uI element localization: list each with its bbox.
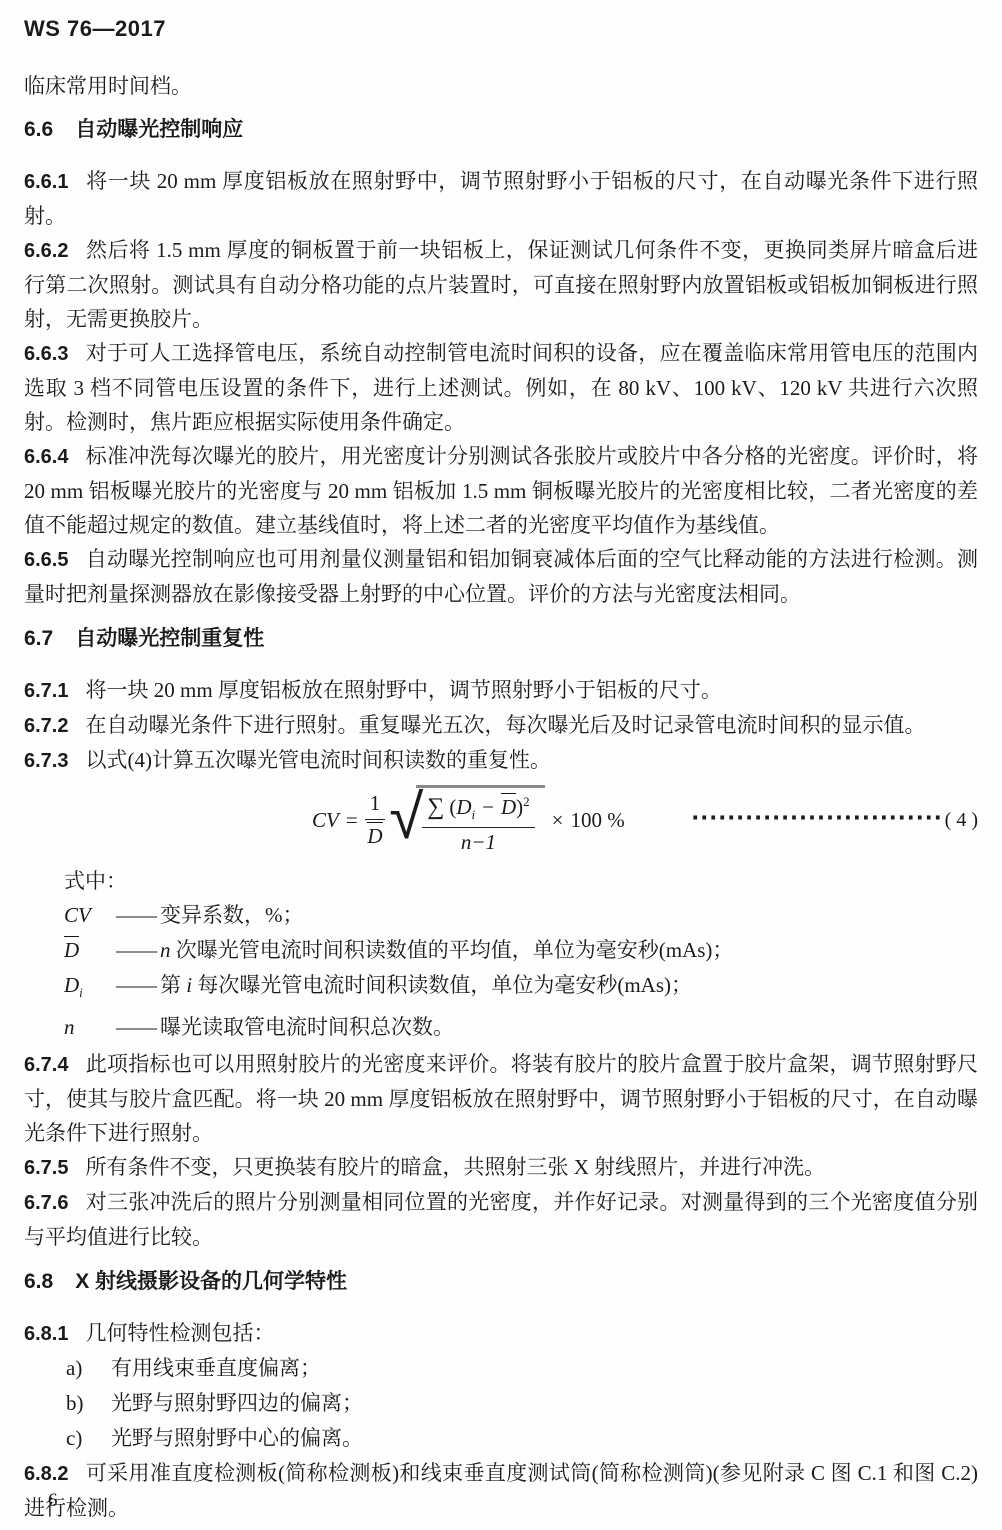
list-marker: b)	[66, 1386, 111, 1421]
heading-title: X 射线摄影设备的几何学特性	[75, 1270, 347, 1293]
square-root: √ ∑(Di−D)2 n−1	[389, 785, 544, 854]
clause-number: 6.6.4	[24, 446, 68, 468]
clause-text: 以式(4)计算五次曝光管电流时间积读数的重复性。	[85, 748, 551, 772]
list-item-text: 有用线束垂直度偏离；	[111, 1351, 321, 1386]
definition-dash: ——	[116, 933, 156, 968]
clause-text: 所有条件不变，只更换装有胶片的暗盒，共照射三张 X 射线照片，并进行冲洗。	[85, 1155, 825, 1179]
clause-text: 可采用准直度检测板(简称检测板)和线束垂直度测试筒(简称检测筒)(参见附录 C …	[24, 1461, 978, 1520]
standard-code-header: WS 76—2017	[24, 16, 978, 42]
clause-number: 6.6.5	[24, 549, 68, 571]
clause-6-8-2: 6.8.2可采用准直度检测板(简称检测板)和线束垂直度测试筒(简称检测筒)(参见…	[24, 1456, 978, 1525]
clause-text: 标准冲洗每次曝光的胶片，用光密度计分别测试各张胶片或胶片中各分格的光密度。评价时…	[24, 444, 978, 537]
clause-6-6-2: 6.6.2然后将 1.5 mm 厚度的铜板置于前一块铝板上，保证测试几何条件不变…	[24, 233, 978, 336]
clause-number: 6.6.2	[24, 240, 68, 262]
symbol-dbar: D	[64, 933, 116, 968]
list-marker: a)	[66, 1351, 111, 1386]
clause-number: 6.7.4	[24, 1054, 68, 1076]
clause-6-7-3: 6.7.3以式(4)计算五次曝光管电流时间积读数的重复性。	[24, 743, 978, 778]
clause-number: 6.8.1	[24, 1323, 68, 1345]
equation-leader: ···························· ( 4 )	[691, 809, 978, 832]
heading-6-6: 6.6自动曝光控制响应	[24, 115, 978, 145]
inner-denominator: n−1	[461, 828, 496, 855]
clause-6-6-3: 6.6.3对于可人工选择管电压，系统自动控制管电流时间积的设备，应在覆盖临床常用…	[24, 336, 978, 439]
inner-numerator: ∑(Di−D)2	[422, 793, 534, 827]
heading-number: 6.8	[24, 1270, 53, 1293]
clause-text: 然后将 1.5 mm 厚度的铜板置于前一块铝板上，保证测试几何条件不变，更换同类…	[24, 238, 978, 331]
definition-n: n —— 曝光读取管电流时间积总次数。	[24, 1010, 978, 1045]
list-item-c: c) 光野与照射野中心的偏离。	[24, 1421, 978, 1456]
fraction-denominator: D	[367, 820, 382, 849]
clause-6-7-6: 6.7.6对三张冲洗后的照片分别测量相同位置的光密度，并作好记录。对测量得到的三…	[24, 1185, 978, 1254]
definition-di: Di —— 第 i 每次曝光管电流时间积读数值，单位为毫安秒(mAs)；	[24, 968, 978, 1010]
leader-dots: ····························	[691, 808, 942, 829]
heading-6-8: 6.8X 射线摄影设备的几何学特性	[24, 1267, 978, 1297]
clause-number: 6.8.2	[24, 1463, 68, 1485]
document-page: WS 76—2017 临床常用时间档。 6.6自动曝光控制响应 6.6.1将一块…	[0, 0, 1002, 1530]
clause-6-8-1: 6.8.1几何特性检测包括：	[24, 1316, 978, 1351]
definition-text: 变异系数，%；	[160, 898, 304, 933]
radical-sign-icon: √	[389, 786, 423, 848]
symbol-n: n	[64, 1010, 116, 1045]
clause-number: 6.6.1	[24, 171, 68, 193]
clause-6-6-4: 6.6.4标准冲洗每次曝光的胶片，用光密度计分别测试各张胶片或胶片中各分格的光密…	[24, 439, 978, 542]
definition-text: 曝光读取管电流时间积总次数。	[160, 1010, 454, 1045]
definition-text: n 次曝光管电流时间积读数值的平均值，单位为毫安秒(mAs)；	[160, 933, 733, 968]
clause-text: 此项指标也可以用照射胶片的光密度来评价。将装有胶片的胶片盒置于胶片盒架，调节照射…	[24, 1052, 978, 1145]
definition-dash: ——	[116, 1010, 156, 1045]
heading-title: 自动曝光控制响应	[75, 118, 243, 141]
definition-text: 第 i 每次曝光管电流时间积读数值，单位为毫安秒(mAs)；	[160, 968, 692, 1010]
page-number: 6	[48, 1490, 58, 1512]
clause-text: 在自动曝光条件下进行照射。重复曝光五次，每次曝光后及时记录管电流时间积的显示值。	[85, 713, 925, 737]
clause-6-7-5: 6.7.5所有条件不变，只更换装有胶片的暗盒，共照射三张 X 射线照片，并进行冲…	[24, 1150, 978, 1185]
equation-number: ( 4 )	[945, 809, 978, 832]
fraction-one-over-dbar: 1 D	[365, 791, 386, 849]
list-item-b: b) 光野与照射野四边的偏离；	[24, 1386, 978, 1421]
intro-paragraph: 临床常用时间档。	[24, 72, 978, 100]
symbol-di: Di	[64, 968, 116, 1010]
inner-fraction: ∑(Di−D)2 n−1	[422, 793, 534, 854]
list-item-a: a) 有用线束垂直度偏离；	[24, 1351, 978, 1386]
clause-text: 将一块 20 mm 厚度铝板放在照射野中，调节照射野小于铝板的尺寸。	[85, 678, 721, 702]
clause-number: 6.7.2	[24, 715, 68, 737]
fraction-numerator: 1	[365, 791, 386, 820]
percent-value: 100 %	[570, 808, 624, 833]
clause-6-7-1: 6.7.1将一块 20 mm 厚度铝板放在照射野中，调节照射野小于铝板的尺寸。	[24, 673, 978, 708]
radicand: ∑(Di−D)2 n−1	[416, 785, 544, 854]
clause-number: 6.6.3	[24, 343, 68, 365]
clause-6-6-1: 6.6.1将一块 20 mm 厚度铝板放在照射野中，调节照射野小于铝板的尺寸，在…	[24, 164, 978, 233]
clause-text: 对三张冲洗后的照片分别测量相同位置的光密度，并作好记录。对测量得到的三个光密度值…	[24, 1190, 978, 1249]
equals-sign: =	[346, 808, 358, 833]
clause-6-7-4: 6.7.4此项指标也可以用照射胶片的光密度来评价。将装有胶片的胶片盒置于胶片盒架…	[24, 1047, 978, 1150]
clause-number: 6.7.6	[24, 1192, 68, 1214]
clause-number: 6.7.5	[24, 1157, 68, 1179]
list-item-text: 光野与照射野四边的偏离；	[111, 1386, 363, 1421]
list-marker: c)	[66, 1421, 111, 1456]
cv-formula: CV = 1 D √ ∑(Di−D)2 n−1 × 100 %	[312, 785, 625, 854]
clause-text: 对于可人工选择管电压，系统自动控制管电流时间积的设备，应在覆盖临床常用管电压的范…	[24, 341, 978, 434]
heading-number: 6.6	[24, 118, 53, 141]
clause-text: 将一块 20 mm 厚度铝板放在照射野中，调节照射野小于铝板的尺寸，在自动曝光条…	[24, 169, 978, 228]
where-label: 式中：	[24, 864, 978, 898]
heading-6-7: 6.7自动曝光控制重复性	[24, 624, 978, 654]
heading-title: 自动曝光控制重复性	[75, 627, 264, 650]
definition-cv: CV —— 变异系数，%；	[24, 898, 978, 933]
definition-dash: ——	[116, 968, 156, 1010]
formula-lhs: CV	[312, 808, 339, 833]
sigma-sign: ∑	[427, 794, 444, 820]
clause-6-7-2: 6.7.2在自动曝光条件下进行照射。重复曝光五次，每次曝光后及时记录管电流时间积…	[24, 708, 978, 743]
symbol-cv: CV	[64, 898, 116, 933]
heading-number: 6.7	[24, 627, 53, 650]
clause-6-6-5: 6.6.5自动曝光控制响应也可用剂量仪测量铝和铝加铜衰减体后面的空气比释动能的方…	[24, 542, 978, 611]
definition-dash: ——	[116, 898, 156, 933]
list-item-text: 光野与照射野中心的偏离。	[111, 1421, 363, 1456]
clause-number: 6.7.3	[24, 750, 68, 772]
clause-text: 自动曝光控制响应也可用剂量仪测量铝和铝加铜衰减体后面的空气比释动能的方法进行检测…	[24, 547, 978, 606]
clause-number: 6.7.1	[24, 680, 68, 702]
clause-text: 几何特性检测包括：	[85, 1321, 274, 1345]
times-sign: ×	[552, 808, 564, 833]
definition-dbar: D —— n 次曝光管电流时间积读数值的平均值，单位为毫安秒(mAs)；	[24, 933, 978, 968]
formula-4-row: CV = 1 D √ ∑(Di−D)2 n−1 × 100 %	[24, 782, 978, 858]
